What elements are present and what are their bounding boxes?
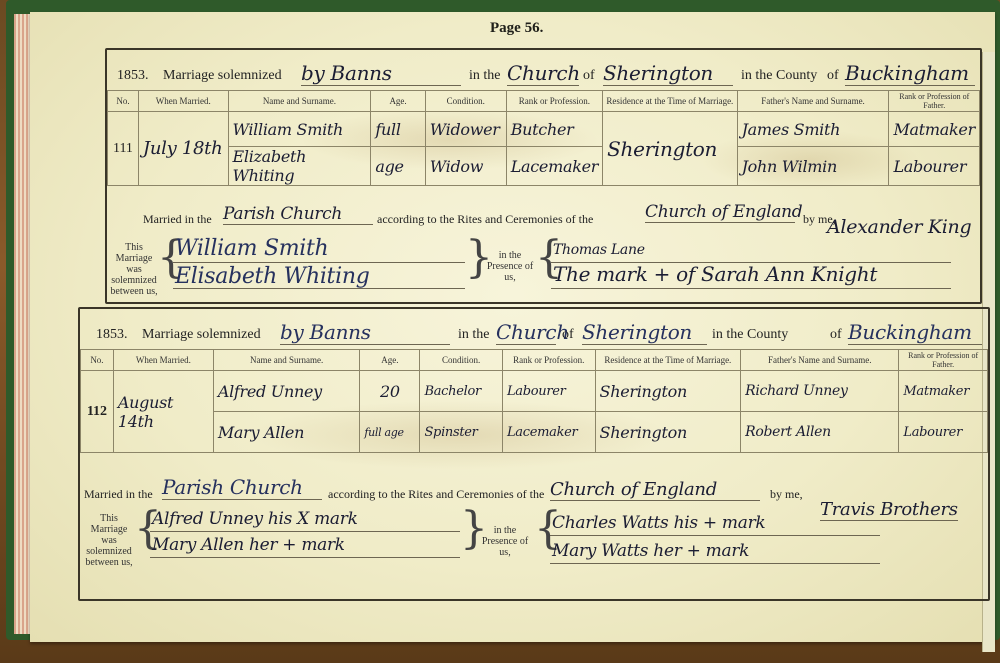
col-residence: Residence at the Time of Marriage. [595,350,741,371]
bride-residence: Sherington [595,412,741,453]
col-when-married: When Married. [138,91,228,112]
col-no: No. [81,350,114,371]
groom-residence: Sherington [595,371,741,412]
bride-condition: Spinster [420,412,503,453]
solemnized-by: by Banns [301,61,461,86]
label-in-the: in the [469,68,501,84]
when-married: August 14th [113,371,213,453]
officiant: Travis Brothers [820,499,958,521]
groom-father: Richard Unney [741,371,899,412]
label-of-county: of [830,327,842,343]
col-rank: Rank or Profession. [506,91,602,112]
rites-of: Church of England [645,202,795,223]
signature-line [150,557,460,558]
when-married: July 18th [138,112,228,186]
witness-1: Charles Watts his + mark [552,513,765,533]
table-row: Mary Allen full age Spinster Lacemaker S… [81,412,988,453]
column-headers: No. When Married. Name and Surname. Age.… [81,350,988,371]
label-this-marriage: This Marriage was solemnized between us, [109,242,159,297]
label-of: of [562,327,574,343]
marriage-entry-112: 1853. Marriage solemnized by Banns in th… [78,307,990,601]
bride-rank: Lacemaker [502,412,595,453]
label-according-to: according to the Rites and Ceremonies of… [328,487,544,502]
groom-father-rank: Matmaker [899,371,988,412]
bride-father-rank: Labourer [889,147,980,186]
signature-line [173,262,465,263]
bride-name: Mary Allen [213,412,360,453]
groom-condition: Widower [425,112,506,147]
church-type: Church [507,61,579,86]
col-when-married: When Married. [113,350,213,371]
table-row: Elizabeth Whiting age Widow Lacemaker Jo… [108,147,980,186]
signature-bride: Elisabeth Whiting [175,264,370,289]
groom-condition: Bachelor [420,371,503,412]
col-name: Name and Surname. [213,350,360,371]
county-name: Buckingham [848,320,982,345]
col-father: Father's Name and Surname. [741,350,899,371]
solemnized-by: by Banns [280,320,450,345]
bride-age: age [371,147,425,186]
col-condition: Condition. [420,350,503,371]
bride-father: Robert Allen [741,412,899,453]
label-county: in the County [741,68,817,84]
col-condition: Condition. [425,91,506,112]
signature-line [150,531,460,532]
entry-number: 112 [81,371,114,453]
bride-father: John Wilmin [737,147,889,186]
groom-name: William Smith [228,112,371,147]
bride-condition: Widow [425,147,506,186]
col-father-rank: Rank or Profession of Father. [889,91,980,112]
col-name: Name and Surname. [228,91,371,112]
married-in-place: Parish Church [223,204,373,225]
married-in-place: Parish Church [162,475,322,500]
label-married-in: Married in the [143,212,212,227]
witness-1: Thomas Lane [553,242,645,258]
label-marriage-solemnized: Marriage solemnized [163,68,282,84]
table-row: 112 August 14th Alfred Unney 20 Bachelor… [81,371,988,412]
groom-age: 20 [360,371,420,412]
col-no: No. [108,91,139,112]
label-married-in: Married in the [84,487,153,502]
label-in-the: in the [458,327,490,343]
bride-father-rank: Labourer [899,412,988,453]
label-in-presence: in the Presence of us, [485,250,535,283]
bride-rank: Lacemaker [506,147,602,186]
label-this-marriage: This Marriage was solemnized between us, [82,513,136,568]
label-of-county: of [827,68,839,84]
entry-number: 111 [108,112,139,186]
signature-bride: Mary Allen her + mark [152,535,345,555]
signature-line [550,563,880,564]
col-residence: Residence at the Time of Marriage. [603,91,737,112]
column-headers: No. When Married. Name and Surname. Age.… [108,91,980,112]
entry-year: 1853. [117,68,149,83]
groom-name: Alfred Unney [213,371,360,412]
groom-father: James Smith [737,112,889,147]
county-name: Buckingham [845,61,975,86]
register-table: No. When Married. Name and Surname. Age.… [107,90,980,186]
col-father-rank: Rank or Profession of Father. [899,350,988,371]
label-of: of [583,68,595,84]
parish-name: Sherington [603,61,733,86]
signature-line [551,288,951,289]
page-number: Page 56. [490,20,543,37]
parish-name: Sherington [582,320,707,345]
col-age: Age. [371,91,425,112]
label-by-me: by me, [770,487,803,502]
witness-2: Mary Watts her + mark [552,541,749,561]
register-table: No. When Married. Name and Surname. Age.… [80,349,988,453]
church-type: Church [496,320,556,345]
signature-groom: Alfred Unney his X mark [152,509,358,529]
entry-header: 1853. Marriage solemnized by Banns in th… [88,315,980,349]
entry-header: 1853. Marriage solemnized by Banns in th… [115,56,972,90]
signature-groom: William Smith [175,236,328,261]
col-rank: Rank or Profession. [502,350,595,371]
label-according-to: according to the Rites and Ceremonies of… [377,212,593,227]
rites-of: Church of England [550,479,760,501]
table-row: 111 July 18th William Smith full Widower… [108,112,980,147]
label-in-presence: in the Presence of us, [478,525,532,558]
officiant: Alexander King [827,216,971,238]
groom-rank: Butcher [506,112,602,147]
groom-age: full [371,112,425,147]
label-marriage-solemnized: Marriage solemnized [142,327,261,343]
col-age: Age. [360,350,420,371]
groom-father-rank: Matmaker [889,112,980,147]
entry-year: 1853. [96,327,128,343]
witness-2: The mark + of Sarah Ann Knight [553,262,877,286]
bride-age: full age [360,412,420,453]
label-county: in the County [712,327,788,343]
bride-name: Elizabeth Whiting [228,147,371,186]
groom-rank: Labourer [502,371,595,412]
signature-line [173,288,465,289]
col-father: Father's Name and Surname. [737,91,889,112]
signature-line [550,535,880,536]
marriage-entry-111: 1853. Marriage solemnized by Banns in th… [105,48,982,304]
residence: Sherington [603,112,737,186]
